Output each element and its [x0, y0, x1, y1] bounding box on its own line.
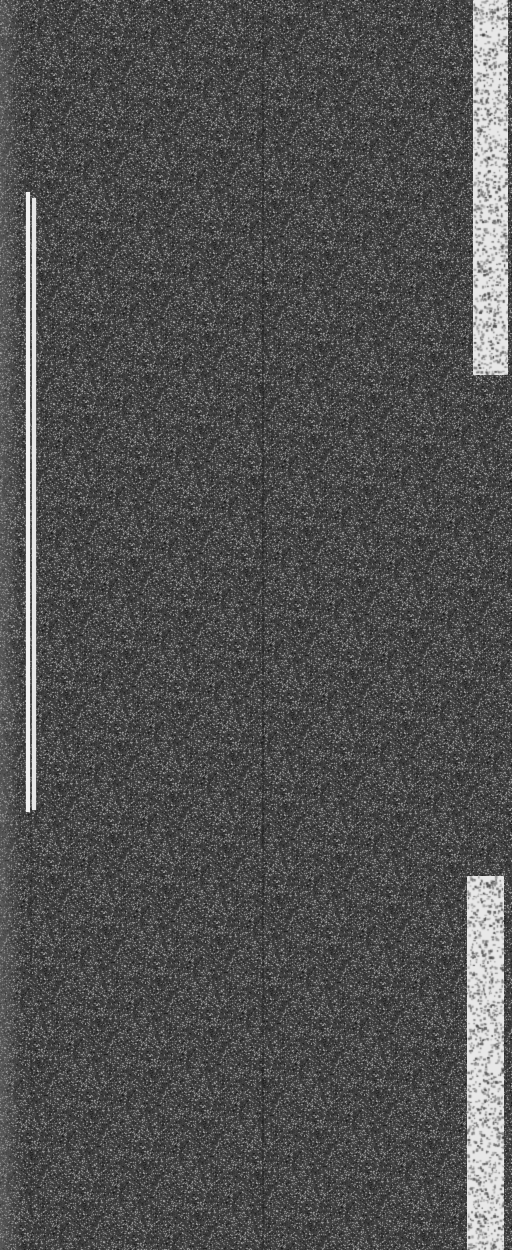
left-edge-line-inner — [32, 198, 36, 810]
right-lane-dash-top — [473, 0, 508, 375]
pavement-seam — [262, 0, 264, 1250]
left-edge-line-outer — [26, 192, 30, 812]
road-surface-photo — [0, 0, 512, 1250]
right-lane-dash-bottom — [467, 876, 504, 1250]
asphalt-texture — [0, 0, 512, 1250]
paint-wear — [473, 0, 508, 375]
paint-wear — [467, 876, 504, 1250]
